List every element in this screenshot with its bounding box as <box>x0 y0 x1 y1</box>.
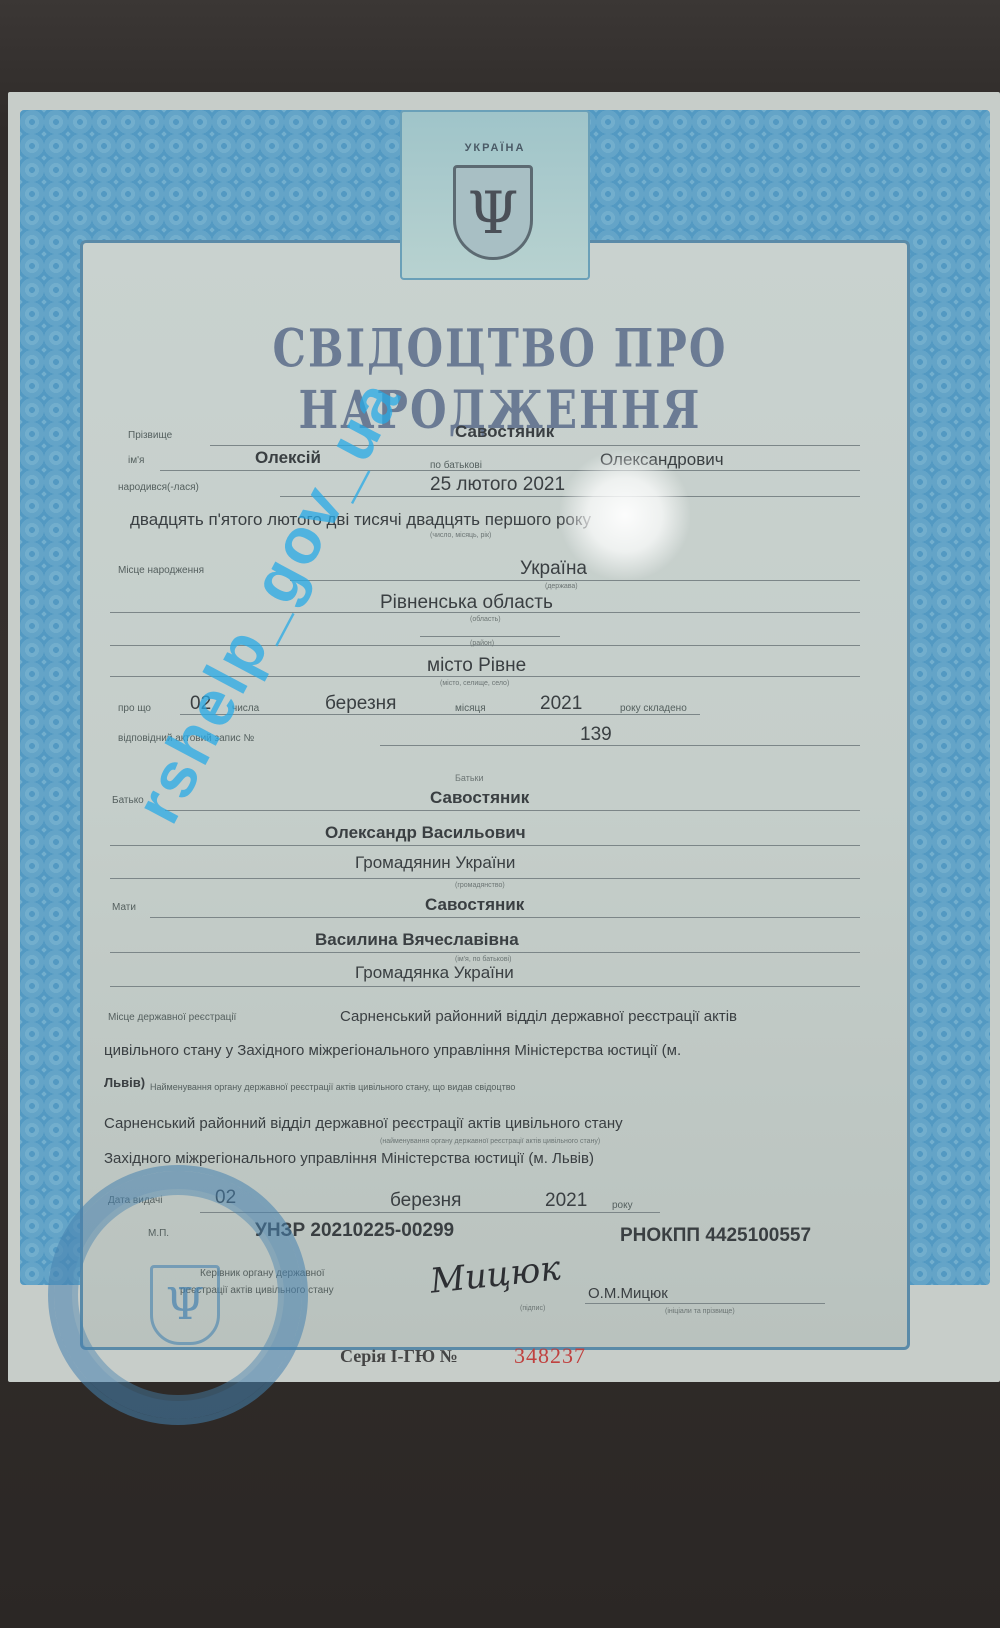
birth-date-words: двадцять п'ятого лютого дві тисячі двадц… <box>130 510 591 530</box>
trident-icon: Ψ <box>150 1265 220 1345</box>
birth-region: Рівненська область <box>380 592 553 614</box>
light-glare <box>560 450 690 580</box>
record-year-suffix: року складено <box>620 703 687 714</box>
registration-place-line1: Сарненський районний відділ державної ре… <box>340 1008 737 1025</box>
rule <box>180 714 700 715</box>
birth-date: 25 лютого 2021 <box>430 474 565 496</box>
mother-name: Василина Вячеславівна <box>315 930 519 950</box>
mother-label: Мати <box>112 902 136 913</box>
rule <box>585 1303 825 1304</box>
rule <box>160 470 860 471</box>
rnokpp: РНОКПП 4425100557 <box>620 1225 811 1247</box>
father-name: Олександр Васильович <box>325 823 526 843</box>
rule <box>110 952 860 953</box>
registration-place-line2: цивільного стану у Західного міжрегіонал… <box>104 1042 681 1059</box>
trident-icon: Ψ <box>453 165 533 260</box>
rule <box>165 810 860 811</box>
issuer-label: Найменування органу державної реєстрації… <box>150 1082 515 1092</box>
mother-surname: Савостяник <box>425 895 524 915</box>
rule <box>110 845 860 846</box>
record-year: 2021 <box>540 693 582 715</box>
registration-place-line3: Львів) <box>104 1075 145 1090</box>
rule <box>290 580 860 581</box>
record-month: березня <box>325 693 396 715</box>
caption: (підпис) <box>520 1305 545 1312</box>
issue-month: березня <box>390 1190 461 1212</box>
series-number: 348237 <box>514 1343 586 1369</box>
record-year-label: місяця <box>455 703 486 714</box>
parents-heading: Батьки <box>455 773 484 783</box>
official-name: О.М.Мицюк <box>588 1285 668 1302</box>
record-prefix-label: про що <box>118 703 151 714</box>
rule <box>110 986 860 987</box>
country-label: УКРАЇНА <box>440 142 550 154</box>
birth-city: місто Рівне <box>427 655 526 677</box>
issue-year: 2021 <box>545 1190 587 1212</box>
rule <box>380 745 860 746</box>
caption: (ім'я, по батькові) <box>455 956 511 963</box>
birthplace-label: Місце народження <box>118 565 204 576</box>
issuer-line1: Сарненський районний відділ державної ре… <box>104 1115 623 1132</box>
caption: (найменування органу державної реєстраці… <box>380 1138 600 1145</box>
caption: (число, місяць, рік) <box>430 532 491 539</box>
surname-label: Прізвище <box>128 430 172 441</box>
name-label: ім'я <box>128 455 144 466</box>
record-number: 139 <box>580 724 612 746</box>
rule <box>110 878 860 879</box>
caption: (область) <box>470 616 501 623</box>
birth-date-label: народився(-лася) <box>118 482 199 493</box>
caption: (держава) <box>545 583 578 590</box>
caption: (ініціали та прізвище) <box>665 1308 735 1315</box>
father-surname: Савостяник <box>430 788 529 808</box>
child-surname: Савостяник <box>455 422 554 442</box>
registration-place-label: Місце державної реєстрації <box>108 1012 236 1023</box>
father-citizenship: Громадянин України <box>355 853 515 873</box>
caption: (місто, селище, село) <box>440 680 509 687</box>
issue-year-suffix: року <box>612 1200 633 1211</box>
series-label: Серія І-ГЮ № <box>340 1346 458 1367</box>
caption: (громадянство) <box>455 882 505 889</box>
caption: (район) <box>470 640 494 647</box>
mother-citizenship: Громадянка України <box>355 963 514 983</box>
rule <box>150 917 860 918</box>
rule <box>420 636 560 637</box>
